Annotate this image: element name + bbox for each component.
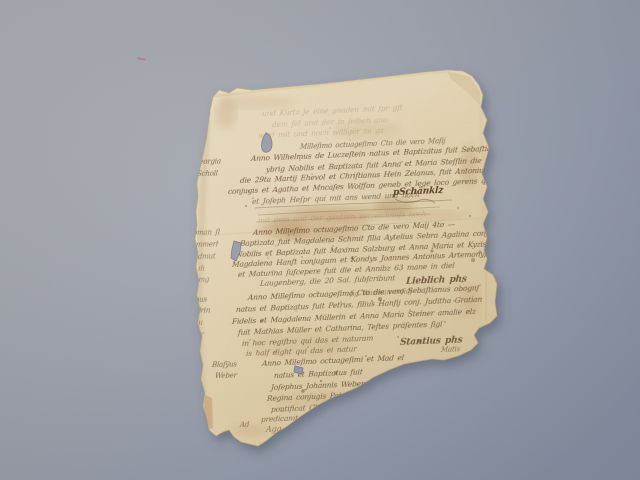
photo-surface: und Kurtz je eine gnaden mit ſpr gſt dem… — [0, 0, 640, 480]
hole-teardrop — [262, 133, 272, 152]
hole-left-margin — [231, 241, 241, 261]
paper-holes — [0, 0, 640, 480]
hole-bottom — [294, 366, 303, 374]
